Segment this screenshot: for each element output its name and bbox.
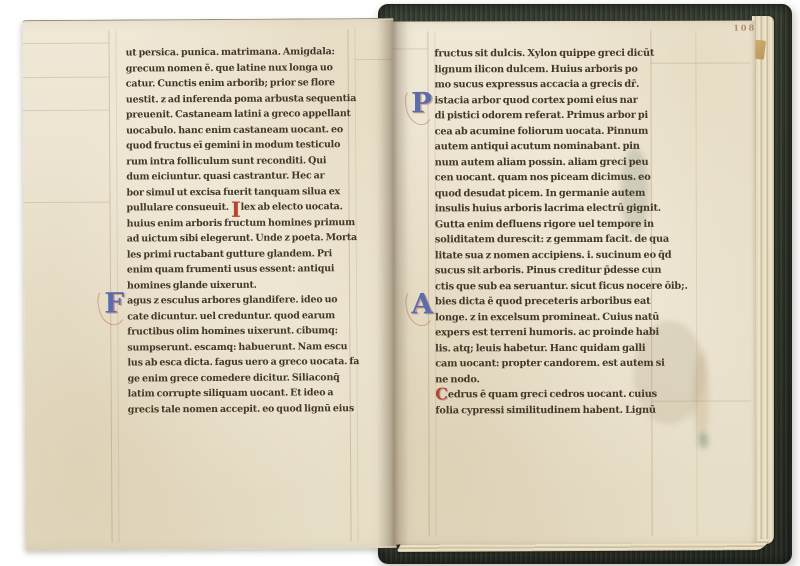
left-text-column: ut persica. punica. matrimana. Amigdala:… xyxy=(126,44,368,417)
manuscript-text-line: ctis que sub ea seruantur. sicut ficus n… xyxy=(435,278,711,294)
manuscript-text-line: quod fructus eī gemini in modum testicul… xyxy=(126,137,366,154)
manuscript-text-line: Pistacia arbor quod cortex pomi eius nar xyxy=(435,92,711,108)
manuscript-text-line: catur. Cunctis enim arborib; prior se fl… xyxy=(126,75,366,92)
illuminated-initial-P: P xyxy=(408,89,434,117)
manuscript-text-line: ne nodo. xyxy=(435,371,711,387)
manuscript-text-line: bor simul ut excisa fuerit tanquam silua… xyxy=(126,184,366,201)
manuscript-text-line: grecis tale nomen accepit. eo quod lignū… xyxy=(128,401,368,418)
manuscript-text-line: num autem aliam possin. aliam greci peu xyxy=(435,154,711,170)
manuscript-text-line: sucus sit arboris. Pinus creditur p̄dess… xyxy=(435,263,711,279)
manuscript-text-line: mo sucus expressus accacia a grecis dr̄. xyxy=(434,77,710,93)
manuscript-text-line: rum intra folliculum sunt reconditi. Qui xyxy=(126,153,366,170)
show-through-stain xyxy=(698,433,708,449)
manuscript-text-line: sumpserunt. escamq: habuerunt. Nam escu xyxy=(127,339,367,356)
illuminated-initial-A: A xyxy=(409,290,435,318)
manuscript-text-line: latim corrupte siliquam uocant. Et ideo … xyxy=(128,385,368,402)
illuminated-initial-C: C xyxy=(435,384,448,403)
manuscript-text-line: ut persica. punica. matrimana. Amigdala: xyxy=(126,44,366,61)
manuscript-text-line: fructus sit dulcis. Xylon quippe greci d… xyxy=(434,46,710,62)
right-page: 108 fructus sit dulcis. Xylon quippe gre… xyxy=(392,21,756,545)
manuscript-text-line: grecum nomen ē. que latine nux longa uo xyxy=(126,60,366,77)
manuscript-text-line: fructibus olim homines uixerunt. cibumq: xyxy=(127,323,367,340)
manuscript-text-line: folia cypressi similitudinem habent. Lig… xyxy=(435,402,711,418)
ruling-line xyxy=(23,77,109,79)
folio-number: 108 xyxy=(733,23,756,33)
manuscript-text-line: ad uictum sibi elegerunt. Unde z poeta. … xyxy=(127,230,367,247)
manuscript-text-line: Fagus z esculus arbores glandifere. ideo… xyxy=(127,292,367,309)
manuscript-text-line: expers est terreni humoris. ac proinde h… xyxy=(435,325,711,341)
manuscript-text-line: Abies dicta ē quod preceteris arboribus … xyxy=(435,294,711,310)
ruling-line xyxy=(23,110,109,112)
manuscript-text-line: huius enim arboris fructum homines primu… xyxy=(127,215,367,232)
manuscript-text-line: homines glande uixerunt. xyxy=(127,277,367,294)
manuscript-text-line: autem antiqui acutum nominabant. pin xyxy=(435,139,711,155)
manuscript-text-line: uestit. z ad inferenda poma arbusta sequ… xyxy=(126,91,366,108)
manuscript-text-line: longe. z in excelsum promineat. Cuius na… xyxy=(435,309,711,325)
manuscript-text-line: cam uocant: propter candorem. est autem … xyxy=(435,356,711,372)
manuscript-text-line: ge enim grece comedere dicitur. Siliacon… xyxy=(128,370,368,387)
manuscript-text-line: lus ab esca dicta. fagus uero a greco uo… xyxy=(127,354,367,371)
manuscript-text-line: lis. atq; leuis habetur. Hanc quidam gal… xyxy=(435,340,711,356)
manuscript-text-line: cea ab acumine foliorum uocata. Pinnum xyxy=(435,123,711,139)
manuscript-text-line: lignum ilicon dulcem. Huius arboris po xyxy=(434,61,710,77)
manuscript-text-line: cate dicuntur. uel creduntur. quod earum xyxy=(127,308,367,325)
manuscript-text-line: cen uocant. quam nos piceam dicimus. eo xyxy=(435,170,711,186)
manuscript-text-line: soliditatem durescit: z gemmam facit. de… xyxy=(435,232,711,248)
manuscript-text-line: Cedrus ē quam greci cedros uocant. cuius xyxy=(435,387,711,403)
left-page: ut persica. punica. matrimana. Amigdala:… xyxy=(22,18,396,550)
manuscript-text-line: les primi ructabant gutture glandem. Pri xyxy=(127,246,367,263)
manuscript-text-line: preuenit. Castaneam latini a greco appel… xyxy=(126,106,366,123)
manuscript-text-line: insulis huius arboris lacrima electrū gi… xyxy=(435,201,711,217)
illuminated-initial-F: F xyxy=(101,290,127,318)
manuscript-photo: ut persica. punica. matrimana. Amigdala:… xyxy=(0,0,800,566)
manuscript-text-line: pullulare consueuit. Ilex ab electo uoca… xyxy=(126,199,366,216)
ruling-line xyxy=(392,48,427,49)
manuscript-text-line: enim quam frumenti usus essent: antiqui xyxy=(127,261,367,278)
manuscript-text-line: dum eiciuntur. quasi castrantur. Hec ar xyxy=(126,168,366,185)
manuscript-text-line: litate sua z nomen accipiens. i. sucinum… xyxy=(435,247,711,263)
manuscript-text-line: Gutta enim defluens rigore uel tempore i… xyxy=(435,216,711,232)
right-text-column: fructus sit dulcis. Xylon quippe greci d… xyxy=(434,46,711,419)
ruling-line xyxy=(23,43,109,45)
ruling-line xyxy=(23,202,109,204)
manuscript-text-line: quod desudat picem. In germanie autem xyxy=(435,185,711,201)
manuscript-text-line: uocabulo. hanc enim castaneam uocant. eo xyxy=(126,122,366,139)
manuscript-text-line: di pistici odorem referat. Primus arbor … xyxy=(435,108,711,124)
